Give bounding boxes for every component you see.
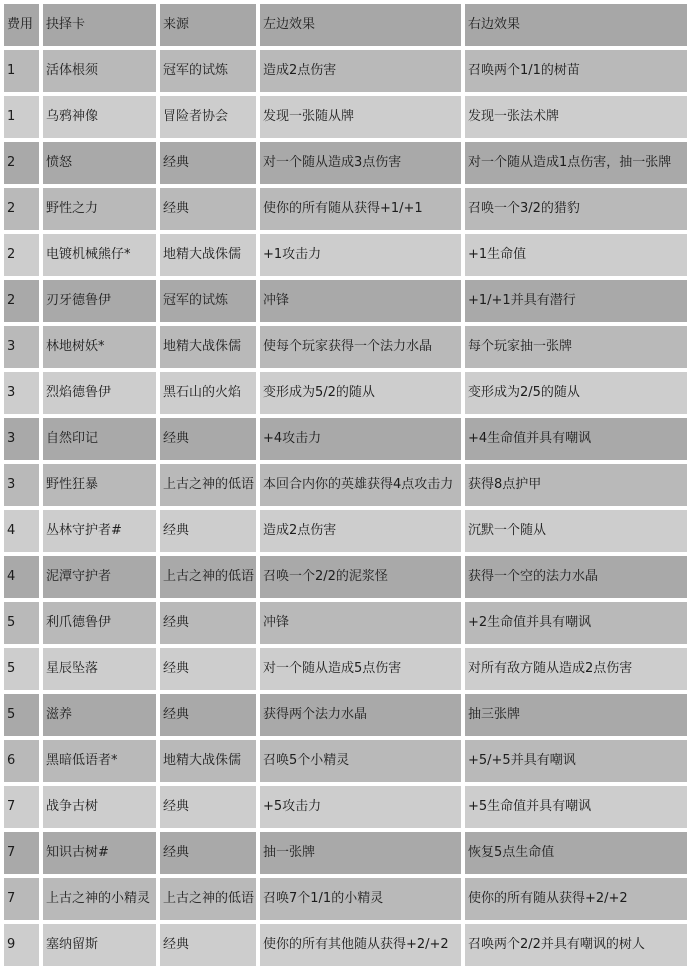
right-effect-cell: +5/+5并具有嘲讽	[465, 740, 687, 782]
left-effect-cell: 变形成为5/2的随从	[260, 372, 461, 414]
left-effect-cell: 获得两个法力水晶	[260, 694, 461, 736]
right-effect-cell: 发现一张法术牌	[465, 96, 687, 138]
table-row: 3烈焰德鲁伊黑石山的火焰变形成为5/2的随从变形成为2/5的随从	[4, 372, 687, 414]
card-name-cell: 塞纳留斯	[43, 924, 156, 966]
source-cell: 冠军的试炼	[160, 50, 256, 92]
source-cell: 地精大战侏儒	[160, 740, 256, 782]
table-body: 1活体根须冠军的试炼造成2点伤害召唤两个1/1的树苗1乌鸦神像冒险者协会发现一张…	[4, 50, 687, 966]
cost-cell: 3	[4, 326, 39, 368]
table-row: 2愤怒经典对一个随从造成3点伤害对一个随从造成1点伤害，抽一张牌	[4, 142, 687, 184]
cost-cell: 7	[4, 832, 39, 874]
cost-cell: 1	[4, 50, 39, 92]
card-name-cell: 利爪德鲁伊	[43, 602, 156, 644]
left-effect-cell: +1攻击力	[260, 234, 461, 276]
source-cell: 经典	[160, 188, 256, 230]
table-row: 3林地树妖*地精大战侏儒使每个玩家获得一个法力水晶每个玩家抽一张牌	[4, 326, 687, 368]
right-effect-cell: 恢复5点生命值	[465, 832, 687, 874]
cost-cell: 2	[4, 142, 39, 184]
table-row: 4泥潭守护者上古之神的低语召唤一个2/2的泥浆怪获得一个空的法力水晶	[4, 556, 687, 598]
cost-cell: 3	[4, 372, 39, 414]
right-effect-cell: 召唤两个2/2并具有嘲讽的树人	[465, 924, 687, 966]
left-effect-cell: 召唤一个2/2的泥浆怪	[260, 556, 461, 598]
card-name-cell: 滋养	[43, 694, 156, 736]
cost-cell: 6	[4, 740, 39, 782]
source-cell: 经典	[160, 924, 256, 966]
left-effect-cell: 召唤7个1/1的小精灵	[260, 878, 461, 920]
card-name-cell: 黑暗低语者*	[43, 740, 156, 782]
table-row: 3自然印记经典+4攻击力+4生命值并具有嘲讽	[4, 418, 687, 460]
card-name-cell: 自然印记	[43, 418, 156, 460]
table-row: 3野性狂暴上古之神的低语本回合内你的英雄获得4点攻击力获得8点护甲	[4, 464, 687, 506]
source-cell: 经典	[160, 418, 256, 460]
right-effect-cell: 变形成为2/5的随从	[465, 372, 687, 414]
source-cell: 经典	[160, 510, 256, 552]
left-effect-cell: 发现一张随从牌	[260, 96, 461, 138]
table-row: 2野性之力经典使你的所有随从获得+1/+1召唤一个3/2的猎豹	[4, 188, 687, 230]
column-header-cost: 费用	[4, 4, 39, 46]
source-cell: 上古之神的低语	[160, 464, 256, 506]
right-effect-cell: +4生命值并具有嘲讽	[465, 418, 687, 460]
source-cell: 冠军的试炼	[160, 280, 256, 322]
left-effect-cell: +4攻击力	[260, 418, 461, 460]
source-cell: 地精大战侏儒	[160, 326, 256, 368]
card-name-cell: 星辰坠落	[43, 648, 156, 690]
card-name-cell: 知识古树#	[43, 832, 156, 874]
left-effect-cell: +5攻击力	[260, 786, 461, 828]
left-effect-cell: 抽一张牌	[260, 832, 461, 874]
cost-cell: 5	[4, 602, 39, 644]
source-cell: 经典	[160, 786, 256, 828]
right-effect-cell: +5生命值并具有嘲讽	[465, 786, 687, 828]
card-name-cell: 野性之力	[43, 188, 156, 230]
right-effect-cell: 对一个随从造成1点伤害，抽一张牌	[465, 142, 687, 184]
table-row: 7战争古树经典+5攻击力+5生命值并具有嘲讽	[4, 786, 687, 828]
cost-cell: 7	[4, 786, 39, 828]
right-effect-cell: 使你的所有随从获得+2/+2	[465, 878, 687, 920]
card-name-cell: 乌鸦神像	[43, 96, 156, 138]
card-name-cell: 烈焰德鲁伊	[43, 372, 156, 414]
cost-cell: 4	[4, 510, 39, 552]
right-effect-cell: 每个玩家抽一张牌	[465, 326, 687, 368]
column-header-right-effect: 右边效果	[465, 4, 687, 46]
card-name-cell: 野性狂暴	[43, 464, 156, 506]
left-effect-cell: 造成2点伤害	[260, 510, 461, 552]
table-row: 7上古之神的小精灵上古之神的低语召唤7个1/1的小精灵使你的所有随从获得+2/+…	[4, 878, 687, 920]
source-cell: 经典	[160, 694, 256, 736]
right-effect-cell: 召唤两个1/1的树苗	[465, 50, 687, 92]
source-cell: 上古之神的低语	[160, 878, 256, 920]
table-row: 5星辰坠落经典对一个随从造成5点伤害对所有敌方随从造成2点伤害	[4, 648, 687, 690]
table-row: 5滋养经典获得两个法力水晶抽三张牌	[4, 694, 687, 736]
cost-cell: 3	[4, 418, 39, 460]
right-effect-cell: 召唤一个3/2的猎豹	[465, 188, 687, 230]
card-name-cell: 愤怒	[43, 142, 156, 184]
table-row: 6黑暗低语者*地精大战侏儒召唤5个小精灵+5/+5并具有嘲讽	[4, 740, 687, 782]
source-cell: 黑石山的火焰	[160, 372, 256, 414]
column-header-source: 来源	[160, 4, 256, 46]
right-effect-cell: +2生命值并具有嘲讽	[465, 602, 687, 644]
source-cell: 经典	[160, 602, 256, 644]
table-row: 7知识古树#经典抽一张牌恢复5点生命值	[4, 832, 687, 874]
card-name-cell: 泥潭守护者	[43, 556, 156, 598]
card-name-cell: 丛林守护者#	[43, 510, 156, 552]
card-name-cell: 上古之神的小精灵	[43, 878, 156, 920]
left-effect-cell: 造成2点伤害	[260, 50, 461, 92]
choose-cards-table: 费用 抉择卡 来源 左边效果 右边效果 1活体根须冠军的试炼造成2点伤害召唤两个…	[0, 0, 691, 970]
cost-cell: 3	[4, 464, 39, 506]
table-row: 4丛林守护者#经典造成2点伤害沉默一个随从	[4, 510, 687, 552]
table-row: 5利爪德鲁伊经典冲锋+2生命值并具有嘲讽	[4, 602, 687, 644]
right-effect-cell: 对所有敌方随从造成2点伤害	[465, 648, 687, 690]
card-name-cell: 电镀机械熊仔*	[43, 234, 156, 276]
table-row: 2电镀机械熊仔*地精大战侏儒+1攻击力+1生命值	[4, 234, 687, 276]
left-effect-cell: 冲锋	[260, 280, 461, 322]
right-effect-cell: 抽三张牌	[465, 694, 687, 736]
source-cell: 冒险者协会	[160, 96, 256, 138]
right-effect-cell: 获得8点护甲	[465, 464, 687, 506]
right-effect-cell: 沉默一个随从	[465, 510, 687, 552]
card-name-cell: 刃牙德鲁伊	[43, 280, 156, 322]
header-row: 费用 抉择卡 来源 左边效果 右边效果	[4, 4, 687, 46]
cost-cell: 4	[4, 556, 39, 598]
cost-cell: 2	[4, 280, 39, 322]
left-effect-cell: 召唤5个小精灵	[260, 740, 461, 782]
source-cell: 上古之神的低语	[160, 556, 256, 598]
left-effect-cell: 使每个玩家获得一个法力水晶	[260, 326, 461, 368]
card-name-cell: 战争古树	[43, 786, 156, 828]
source-cell: 经典	[160, 832, 256, 874]
cost-cell: 1	[4, 96, 39, 138]
source-cell: 经典	[160, 142, 256, 184]
source-cell: 地精大战侏儒	[160, 234, 256, 276]
table-row: 1乌鸦神像冒险者协会发现一张随从牌发现一张法术牌	[4, 96, 687, 138]
right-effect-cell: 获得一个空的法力水晶	[465, 556, 687, 598]
table-row: 1活体根须冠军的试炼造成2点伤害召唤两个1/1的树苗	[4, 50, 687, 92]
cost-cell: 7	[4, 878, 39, 920]
cost-cell: 9	[4, 924, 39, 966]
card-name-cell: 林地树妖*	[43, 326, 156, 368]
column-header-left-effect: 左边效果	[260, 4, 461, 46]
left-effect-cell: 使你的所有随从获得+1/+1	[260, 188, 461, 230]
cost-cell: 2	[4, 234, 39, 276]
cost-cell: 5	[4, 694, 39, 736]
table-row: 2刃牙德鲁伊冠军的试炼冲锋+1/+1并具有潜行	[4, 280, 687, 322]
cost-cell: 5	[4, 648, 39, 690]
right-effect-cell: +1/+1并具有潜行	[465, 280, 687, 322]
table-row: 9塞纳留斯经典使你的所有其他随从获得+2/+2召唤两个2/2并具有嘲讽的树人	[4, 924, 687, 966]
card-name-cell: 活体根须	[43, 50, 156, 92]
column-header-card: 抉择卡	[43, 4, 156, 46]
left-effect-cell: 冲锋	[260, 602, 461, 644]
left-effect-cell: 对一个随从造成5点伤害	[260, 648, 461, 690]
left-effect-cell: 对一个随从造成3点伤害	[260, 142, 461, 184]
left-effect-cell: 使你的所有其他随从获得+2/+2	[260, 924, 461, 966]
cost-cell: 2	[4, 188, 39, 230]
right-effect-cell: +1生命值	[465, 234, 687, 276]
left-effect-cell: 本回合内你的英雄获得4点攻击力	[260, 464, 461, 506]
source-cell: 经典	[160, 648, 256, 690]
